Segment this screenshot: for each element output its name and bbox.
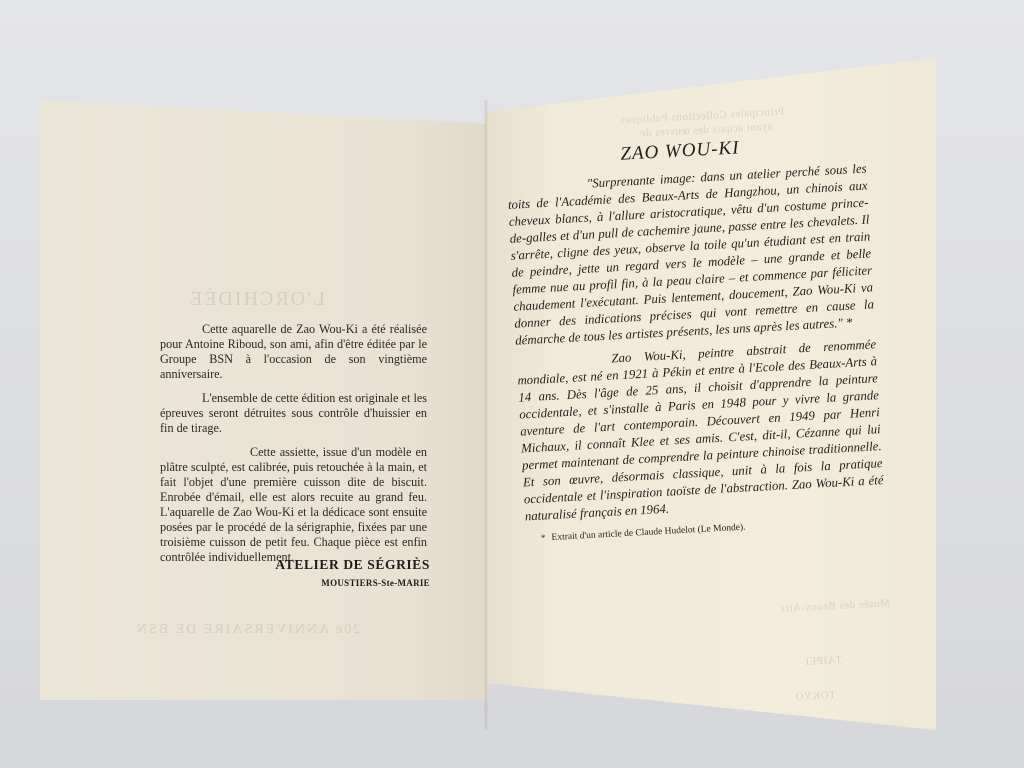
- paragraph-quote: "Surprenante image: dans un atelier perc…: [507, 160, 876, 349]
- page-fold: [484, 100, 488, 730]
- bleed-through-footer: 20e ANNIVERSAIRE DE BSN: [135, 622, 360, 638]
- bleed-through-line: TAIPEI: [805, 654, 843, 668]
- right-page-body: "Surprenante image: dans un atelier perc…: [507, 160, 885, 525]
- signature-block: ATELIER DE SÉGRIÈS MOUSTIERS-Ste-MARIE: [250, 557, 430, 588]
- bleed-through-line: TOKYO: [795, 689, 836, 703]
- paragraph-dedication: Cette aquarelle de Zao Wou-Ki a été réal…: [160, 322, 427, 382]
- footnote-marker: *: [541, 532, 546, 542]
- paragraph-edition: L'ensemble de cette édition est original…: [160, 391, 427, 436]
- paragraph-fabrication: Cette assiette, issue d'un modèle en plâ…: [160, 445, 427, 565]
- atelier-place: MOUSTIERS-Ste-MARIE: [250, 578, 430, 588]
- right-page-content: ZAO WOU-KI "Surprenante image: dans un a…: [505, 131, 886, 545]
- atelier-name: ATELIER DE SÉGRIÈS: [250, 557, 430, 573]
- paragraph-biography: Zao Wou-Ki, peintre abstrait de renommée…: [516, 336, 885, 525]
- bleed-through-title: L'ORCHIDÉE: [188, 288, 325, 311]
- left-page-body: Cette aquarelle de Zao Wou-Ki a été réal…: [160, 322, 427, 574]
